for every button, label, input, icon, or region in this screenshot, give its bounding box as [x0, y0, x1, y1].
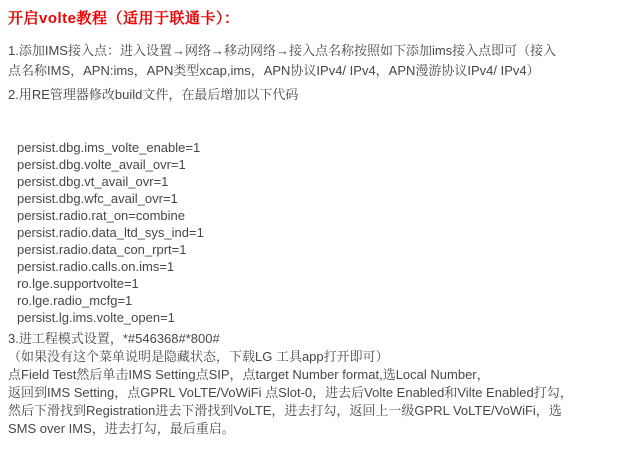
text-line: 点名称IMS，APN:ims，APN类型xcap,ims，APN协议IPv4/ … [8, 61, 630, 81]
code-line: persist.radio.calls.on.ims=1 [17, 258, 630, 275]
code-line: persist.dbg.vt_avail_ovr=1 [17, 173, 630, 190]
volte-tutorial-document: 开启volte教程（适用于联通卡）： 1.添加IMS接入点：进入设置→网络→移动… [0, 0, 640, 438]
code-line: persist.dbg.ims_volte_enable=1 [17, 139, 630, 156]
text-line: （如果没有这个菜单说明是隐藏状态，下载LG 工具app打开即可） [8, 348, 630, 366]
code-line: ro.lge.radio_mcfg=1 [17, 292, 630, 309]
step3-engineering-mode-paragraph: 3.进工程模式设置，*#546368#*800#（如果没有这个菜单说明是隐藏状态… [8, 330, 630, 438]
build-prop-code-block: persist.dbg.ims_volte_enable=1persist.db… [17, 139, 630, 326]
text-line: 点Field Test然后单击IMS Setting点SIP，点target N… [8, 366, 630, 384]
step2-edit-build-file-heading: 2.用RE管理器修改build文件，在最后增加以下代码 [8, 85, 630, 105]
code-line: persist.dbg.volte_avail_ovr=1 [17, 156, 630, 173]
page-title: 开启volte教程（适用于联通卡）： [8, 10, 630, 28]
step1-add-ims-apn-paragraph: 1.添加IMS接入点：进入设置→网络→移动网络→接入点名称按照如下添加ims接入… [8, 41, 630, 81]
code-line: persist.radio.data_ltd_sys_ind=1 [17, 224, 630, 241]
code-line: persist.radio.rat_on=combine [17, 207, 630, 224]
text-line: SMS over IMS，进去打勾，最后重启。 [8, 420, 630, 438]
code-line: persist.dbg.wfc_avail_ovr=1 [17, 190, 630, 207]
text-line: 3.进工程模式设置，*#546368#*800# [8, 330, 630, 348]
code-line: persist.lg.ims.volte_open=1 [17, 309, 630, 326]
text-line: 然后下滑找到Registration进去下滑找到VoLTE，进去打勾，返回上一级… [8, 402, 630, 420]
text-line: 返回到IMS Setting，点GPRL VoLTE/VoWiFi 点Slot-… [8, 384, 630, 402]
text-line: 1.添加IMS接入点：进入设置→网络→移动网络→接入点名称按照如下添加ims接入… [8, 41, 630, 61]
code-line: ro.lge.supportvolte=1 [17, 275, 630, 292]
code-line: persist.radio.data_con_rprt=1 [17, 241, 630, 258]
